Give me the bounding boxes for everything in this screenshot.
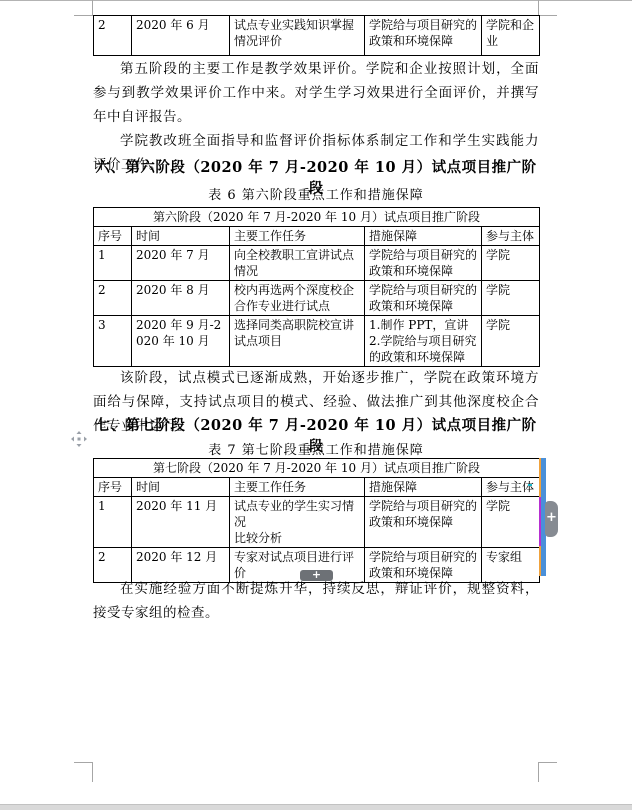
table-cell: 2020 年 6 月 — [132, 16, 230, 56]
table-title-cell: 第六阶段（2020 年 7 月-2020 年 10 月）试点项目推广阶段 — [94, 208, 540, 227]
table-move-handle[interactable] — [71, 431, 87, 447]
paragraph-stage7-review: 在实施经验方面不断提炼升华，持续反思，辩证评价，规整资料，接受专家组的检查。 — [93, 577, 539, 625]
column-header: 措施保障 — [365, 227, 482, 246]
column-header: 参与主体 — [482, 478, 540, 497]
caption-table7: 表 7 第七阶段重点工作和措施保障 — [93, 439, 539, 458]
table-row: 3 2020 年 9 月-2020 年 10 月 选择同类高职院校宣讲试点项目 … — [94, 316, 540, 367]
crop-mark-top-right — [538, 15, 557, 16]
crop-mark-bottom-right — [538, 762, 539, 782]
crop-mark-top-left — [74, 15, 93, 16]
table-cell: 试点专业的学生实习情况 比较分析 — [230, 497, 365, 548]
table-header-row: 序号 时间 主要工作任务 措施保障 参与主体 — [94, 227, 540, 246]
table-row: 1 2020 年 11 月 试点专业的学生实习情况 比较分析 学院给与项目研究的… — [94, 497, 540, 548]
column-header: 参与主体 — [482, 227, 540, 246]
table-cell: 学院给与项目研究的政策和环境保障 — [365, 281, 482, 316]
table-cell: 学院给与项目研究的政策和环境保障 — [365, 497, 482, 548]
table-cell: 2 — [94, 281, 132, 316]
crop-mark-top-right — [538, 0, 539, 16]
column-header: 序号 — [94, 227, 132, 246]
crop-mark-bottom-right — [538, 762, 557, 763]
table-cell: 校内再选两个深度校企合作专业进行试点 — [230, 281, 365, 316]
table-stage7: 第七阶段（2020 年 7 月-2020 年 10 月）试点项目推广阶段 序号 … — [93, 458, 540, 583]
table-cell: 1 — [94, 497, 132, 548]
move-arrows-icon — [71, 431, 87, 447]
table-stage5: 2 2020 年 6 月 试点专业实践知识掌握情况评价 学院给与项目研究的政策和… — [93, 15, 540, 56]
table-header-row: 序号 时间 主要工作任务 措施保障 参与主体 — [94, 478, 540, 497]
table-cell: 1.制作 PPT，宣讲 2.学院给与项目研究的政策和环境保障 — [365, 316, 482, 367]
table-cell: 学院 — [482, 281, 540, 316]
table-cell: 2020 年 11 月 — [132, 497, 230, 548]
column-header: 措施保障 — [365, 478, 482, 497]
table-cell: 学院和企业 — [482, 16, 540, 56]
table-title-row: 第六阶段（2020 年 7 月-2020 年 10 月）试点项目推广阶段 — [94, 208, 540, 227]
table-cell: 1 — [94, 246, 132, 281]
table-stage5-continuation: 2 2020 年 6 月 试点专业实践知识掌握情况评价 学院给与项目研究的政策和… — [93, 15, 539, 56]
table-title-cell: 第七阶段（2020 年 7 月-2020 年 10 月）试点项目推广阶段 — [94, 459, 540, 478]
table-cell: 2020 年 8 月 — [132, 281, 230, 316]
table-cell: 2020 年 9 月-2020 年 10 月 — [132, 316, 230, 367]
column-header: 时间 — [132, 478, 230, 497]
table-title-row: 第七阶段（2020 年 7 月-2020 年 10 月）试点项目推广阶段 — [94, 459, 540, 478]
table-stage6: 第六阶段（2020 年 7 月-2020 年 10 月）试点项目推广阶段 序号 … — [93, 207, 540, 367]
stage7-paragraph-wrap: 在实施经验方面不断提炼升华，持续反思，辩证评价，规整资料，接受专家组的检查。 — [93, 577, 539, 625]
table-cell: 学院给与项目研究的政策和环境保障 — [365, 246, 482, 281]
table-cell: 学院 — [482, 497, 540, 548]
table-row: 2 2020 年 6 月 试点专业实践知识掌握情况评价 学院给与项目研究的政策和… — [94, 16, 540, 56]
paragraph-stage5-evaluation: 第五阶段的主要工作是教学效果评价。学院和企业按照计划，全面参与到教学效果评价工作… — [93, 57, 539, 129]
column-header: 主要工作任务 — [230, 227, 365, 246]
add-column-handle[interactable]: + — [545, 501, 558, 537]
table-cell: 3 — [94, 316, 132, 367]
table-cell: 2020 年 7 月 — [132, 246, 230, 281]
table-row: 2 2020 年 8 月 校内再选两个深度校企合作专业进行试点 学院给与项目研究… — [94, 281, 540, 316]
column-header: 序号 — [94, 478, 132, 497]
crop-mark-bottom-left — [92, 762, 93, 782]
table-cell: 学院 — [482, 246, 540, 281]
table-cell: 选择同类高职院校宣讲试点项目 — [230, 316, 365, 367]
crop-mark-top-left — [92, 0, 93, 16]
column-header: 时间 — [132, 227, 230, 246]
table-cell: 向全校教职工宣讲试点情况 — [230, 246, 365, 281]
table-stage6-wrap: 第六阶段（2020 年 7 月-2020 年 10 月）试点项目推广阶段 序号 … — [93, 207, 539, 367]
table-row: 1 2020 年 7 月 向全校教职工宣讲试点情况 学院给与项目研究的政策和环境… — [94, 246, 540, 281]
column-header: 主要工作任务 — [230, 478, 365, 497]
page-bottom-gap — [0, 804, 632, 810]
text-caret-mark — [528, 484, 532, 486]
table-cell: 2 — [94, 16, 132, 56]
caption-table6: 表 6 第六阶段重点工作和措施保障 — [93, 184, 539, 203]
table-stage7-wrap: 第七阶段（2020 年 7 月-2020 年 10 月）试点项目推广阶段 序号 … — [93, 458, 539, 583]
crop-mark-bottom-left — [74, 762, 93, 763]
table-cell: 试点专业实践知识掌握情况评价 — [230, 16, 365, 56]
column-drag-indicator — [539, 497, 541, 546]
plus-icon: + — [546, 510, 557, 525]
table-cell: 学院 — [482, 316, 540, 367]
table-cell: 学院给与项目研究的政策和环境保障 — [365, 16, 482, 56]
